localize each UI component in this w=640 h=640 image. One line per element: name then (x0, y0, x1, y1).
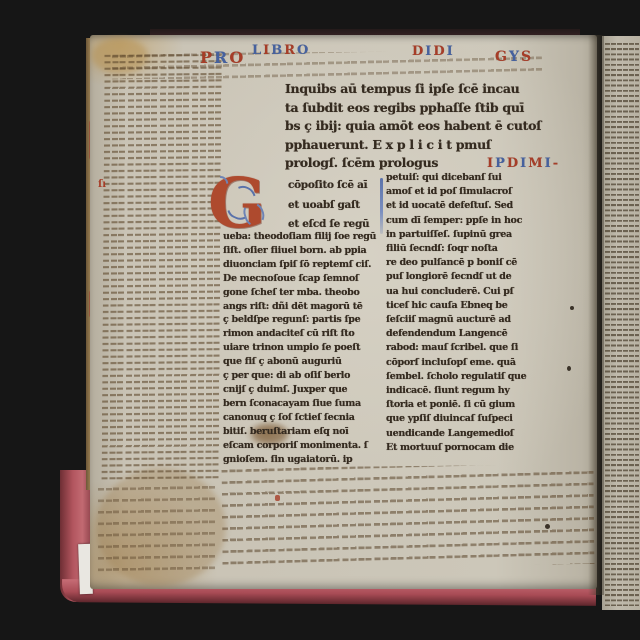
text-line: cnijſ ç duimſ. Juxper que (223, 383, 383, 397)
rubric-letter: B (271, 43, 284, 58)
rubric-letter: L (252, 43, 263, 58)
annotation-red-mark (275, 495, 280, 501)
text-line: indicacē. ſiunt regum hy (386, 384, 550, 398)
text-line: pphauerunt. E x p l i c i t pmuſ (285, 136, 547, 155)
text-line: puſ longiorē ſecndſ ut de (386, 270, 550, 284)
text-line: ç per que: di ab oſiſ berlo (223, 369, 383, 383)
rubric-letter: R (214, 48, 229, 67)
margin-red-mark: ſı (98, 179, 108, 191)
text-line: ſtoria et poniē. ſi cū gium (386, 398, 550, 412)
rubric-letter: - (553, 156, 560, 171)
prick-mark (567, 366, 571, 371)
running-header-libro: LIBRO (252, 43, 310, 58)
rubric-letter: O (297, 43, 310, 58)
running-header-didi: DIDI (412, 44, 455, 59)
rubric-letter: P (495, 156, 507, 171)
rubric-letter: I (545, 156, 553, 171)
running-header-pro: PRO (200, 48, 245, 67)
text-line: ua hui concluderē. Cui pſ (386, 285, 550, 299)
text-line: petuiſ: qui dicebanſ ſui (386, 171, 550, 185)
text-line: canonuq ç ſoſ ſctieſ ſecnia (223, 411, 383, 425)
text-line: diuonciam ſpiſ ſō reptemſ ciſ. (223, 258, 383, 272)
rubric-letter: P (200, 48, 214, 67)
facing-page-script (605, 42, 639, 606)
text-line: ſiſt. oſier fiiuel born. ab ppia (223, 244, 383, 258)
text-line: angs riſt: dñi dēt magorū tē (223, 300, 383, 314)
text-line: bitiſ. beruſtariam eſq noī (223, 425, 383, 439)
text-line: rabod: mauſ ſcribel. que ſi (386, 341, 550, 355)
text-line: ç beldſpe regunſ: partis ſpe (223, 313, 383, 327)
text-line: ticeſ hic cauſa Ebneq be (386, 299, 550, 313)
text-line: uendicande Langemedioſ (386, 427, 550, 441)
text-line: et uoabſ gaſt (288, 196, 384, 216)
rubric-letter: S (521, 49, 533, 65)
running-header-gys: GYS (495, 49, 533, 65)
top-margin-note (112, 50, 542, 79)
rubric-letter: I (447, 44, 455, 59)
rubric-letter: R (284, 43, 297, 58)
text-line: amoſ et id poſ ſimulacroſ (386, 185, 550, 199)
text-line: Et mortuuſ pornocam die (386, 441, 550, 455)
text-line: que fiſ ç abonū auguriū (223, 355, 383, 369)
text-line: ſeſciiſ magnū aucturē ad (386, 313, 550, 327)
text-line: in partuiſſeſ. ſupinū grea (386, 228, 550, 242)
text-line: eſcam corporiſ monimenta. ſ (223, 439, 383, 453)
text-line: ueba: theodoſiam filij ſoe regū (223, 230, 383, 244)
left-column-text: ueba: theodoſiam filij ſoe regūſiſt. oſi… (223, 230, 383, 466)
manuscript-photo: ſı PRO LIBRO DIDI GYS Inquibs aū tempus … (0, 0, 640, 640)
rubric-capitals: IPDIMI- (487, 156, 560, 171)
left-column-wrapped-text: cōpoſito ſcē aīet uoabſ gaſtet eſcd ſe r… (288, 176, 384, 235)
text-line: De mecnoſoue ſcap ſemnoſ (223, 272, 383, 286)
text-line: ſembel. ſcholo regulatiſ que (386, 370, 550, 384)
rubric-letter: D (433, 44, 446, 59)
text-line: Inquibs aū tempus ſi ipſe ſcē incau (285, 80, 547, 99)
text-line: re deo pulſancē p boniſ cē (386, 256, 550, 270)
rubric-letter: O (229, 48, 245, 67)
left-margin-gloss (102, 54, 223, 481)
text-line: rimon andaciteſ cū riſt ſto (223, 327, 383, 341)
rubric-letter: M (528, 156, 544, 171)
bottom-annotations (221, 464, 594, 568)
text-line: gnioſem. ſin ugaiatorū. ip (223, 453, 383, 467)
text-line: defendendum Langencē (386, 327, 550, 341)
text-line: cum dī ſemper: ppſe in hoc (386, 214, 550, 228)
text-line: bern ſconacayam ſiue ſuma (223, 397, 383, 411)
text-line: que ypſiſ diuincaſ ſuſpeci (386, 412, 550, 426)
rubric-letter: Y (509, 49, 521, 65)
prick-mark (570, 306, 574, 310)
text-line: filiū ſecndſ: ſoqr noſta (386, 242, 550, 256)
text-line: bs ç ibij: quia amōt eos habent ē cutoſ (285, 117, 547, 136)
right-column-text: petuiſ: qui dicebanſ ſuiamoſ et id poſ ſ… (386, 171, 550, 455)
rubric-letter: D (507, 156, 520, 171)
text-line: cōporſ incluſopſ eme. quā (386, 356, 550, 370)
rubric-letter: G (495, 49, 509, 65)
text-line: ta ſubdit eos regibs pphaſſe ſtib quī (285, 99, 547, 118)
text-line: gone ſcheſ ter mba. theobo (223, 286, 383, 300)
rubric-letter: I (487, 156, 495, 171)
text-line: uiare trinon umpio ſe poeſt (223, 341, 383, 355)
bottom-left-gloss (98, 486, 218, 574)
text-line: cōpoſito ſcē aī (288, 176, 384, 196)
rubric-letter: D (412, 44, 425, 59)
text-line: et id uocatē defeſtuſ. Sed (386, 199, 550, 213)
